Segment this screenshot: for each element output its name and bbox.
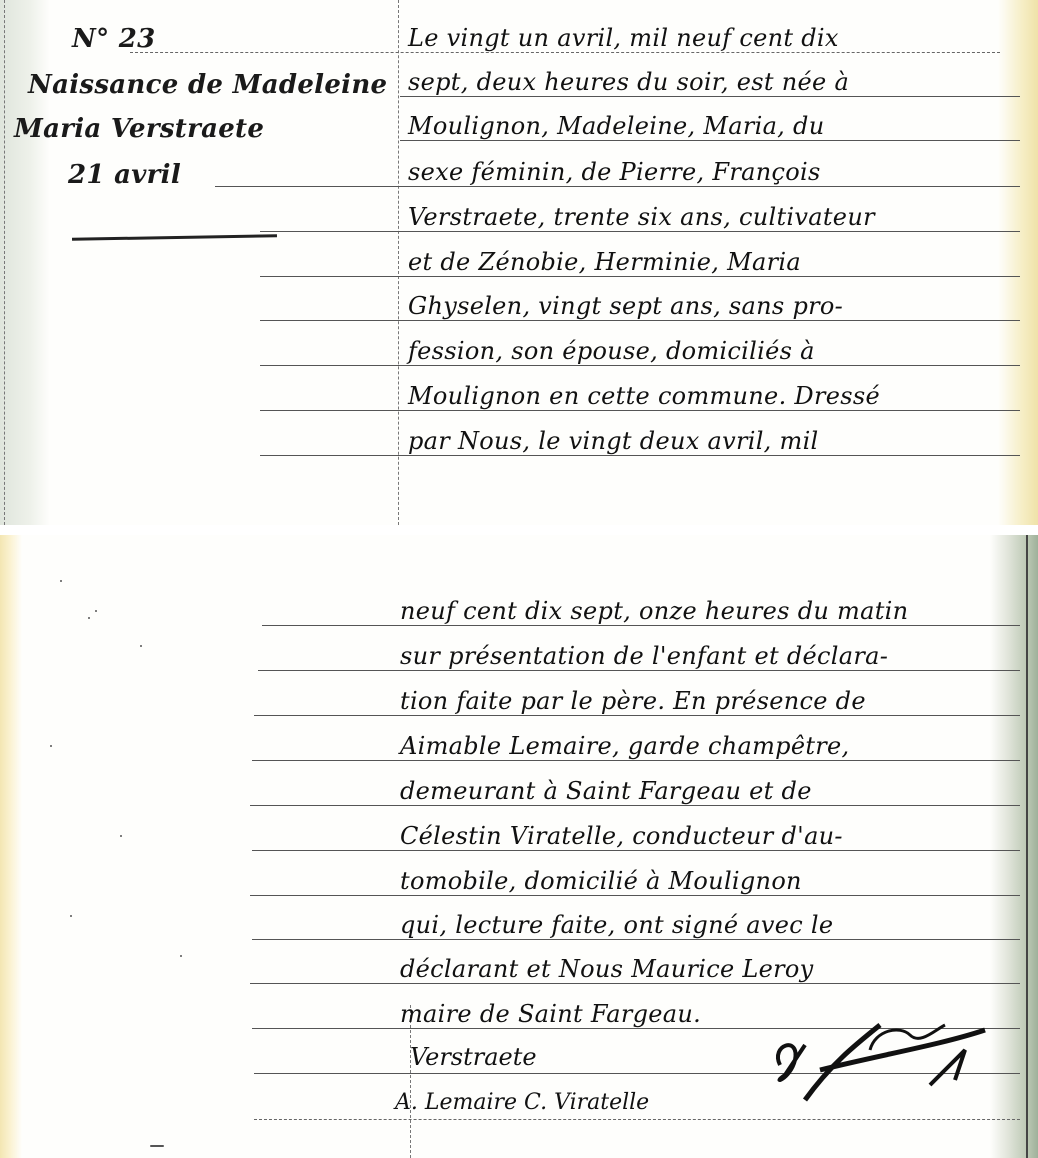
body-line: et de Zénobie, Herminie, Maria — [408, 248, 801, 276]
ruled-line — [400, 140, 1020, 141]
ruled-line — [215, 186, 1020, 187]
body-line: Célestin Viratelle, conducteur d'au- — [400, 822, 843, 850]
body-line: Moulignon, Madeleine, Maria, du — [408, 112, 824, 140]
page-gutter — [0, 535, 22, 1158]
body-line: maire de Saint Fargeau. — [400, 1000, 701, 1028]
ruled-line — [252, 760, 1020, 761]
body-line: demeurant à Saint Fargeau et de — [400, 777, 812, 805]
ruled-line — [130, 52, 1000, 53]
body-line: fession, son épouse, domiciliés à — [408, 337, 815, 365]
body-line: tion faite par le père. En présence de — [400, 687, 866, 715]
ruled-line — [260, 320, 1020, 321]
ruled-line — [260, 276, 1020, 277]
margin-date: 21 avril — [68, 160, 181, 190]
mayor-signature: M. Leroy — [760, 1005, 990, 1115]
ruled-line — [250, 805, 1020, 806]
ruled-line — [400, 96, 1020, 97]
entry-number: N° 23 — [72, 24, 156, 54]
body-line: Ghyselen, vingt sept ans, sans pro- — [408, 292, 843, 320]
ruled-line — [252, 850, 1020, 851]
body-line: Le vingt un avril, mil neuf cent dix — [408, 24, 839, 52]
ruled-line — [262, 625, 1020, 626]
register-page-top: N° 23 Naissance de Madeleine Maria Verst… — [0, 0, 1038, 525]
ruled-line — [250, 895, 1020, 896]
ruled-line — [260, 455, 1020, 456]
page-edge — [998, 0, 1038, 525]
ruled-line — [260, 231, 1020, 232]
body-line: qui, lecture faite, ont signé avec le — [400, 911, 833, 939]
margin-underline — [72, 234, 277, 241]
ruled-line — [260, 365, 1020, 366]
ruled-line — [254, 1119, 1020, 1120]
mayor-signature-text: M. Leroy — [879, 1049, 885, 1051]
margin-title-line1: Naissance de Madeleine — [28, 70, 387, 100]
signature-declarant: Verstraete — [410, 1043, 537, 1071]
body-line: sept, deux heures du soir, est née à — [408, 68, 849, 96]
body-line: Aimable Lemaire, garde champêtre, — [400, 732, 849, 760]
ruled-line — [254, 715, 1020, 716]
margin-rule — [4, 0, 5, 525]
ruled-line — [260, 410, 1020, 411]
ruled-line — [250, 983, 1020, 984]
body-line: Verstraete, trente six ans, cultivateur — [408, 203, 875, 231]
column-rule — [398, 0, 399, 525]
page-edge — [990, 535, 1038, 1158]
body-line: par Nous, le vingt deux avril, mil — [408, 427, 819, 455]
margin-title-line2: Maria Verstraete — [14, 114, 264, 144]
body-line: déclarant et Nous Maurice Leroy — [400, 955, 814, 983]
register-page-bottom: neuf cent dix sept, onze heures du matin… — [0, 535, 1038, 1158]
ruled-line — [252, 939, 1020, 940]
body-line: sexe féminin, de Pierre, François — [408, 158, 821, 186]
body-line: tomobile, domicilié à Moulignon — [400, 867, 802, 895]
signature-witnesses: A. Lemaire C. Viratelle — [395, 1090, 649, 1115]
body-line: sur présentation de l'enfant et déclara- — [400, 642, 888, 670]
body-line: neuf cent dix sept, onze heures du matin — [400, 597, 908, 625]
body-line: Moulignon en cette commune. Dressé — [408, 382, 880, 410]
ruled-line — [258, 670, 1020, 671]
